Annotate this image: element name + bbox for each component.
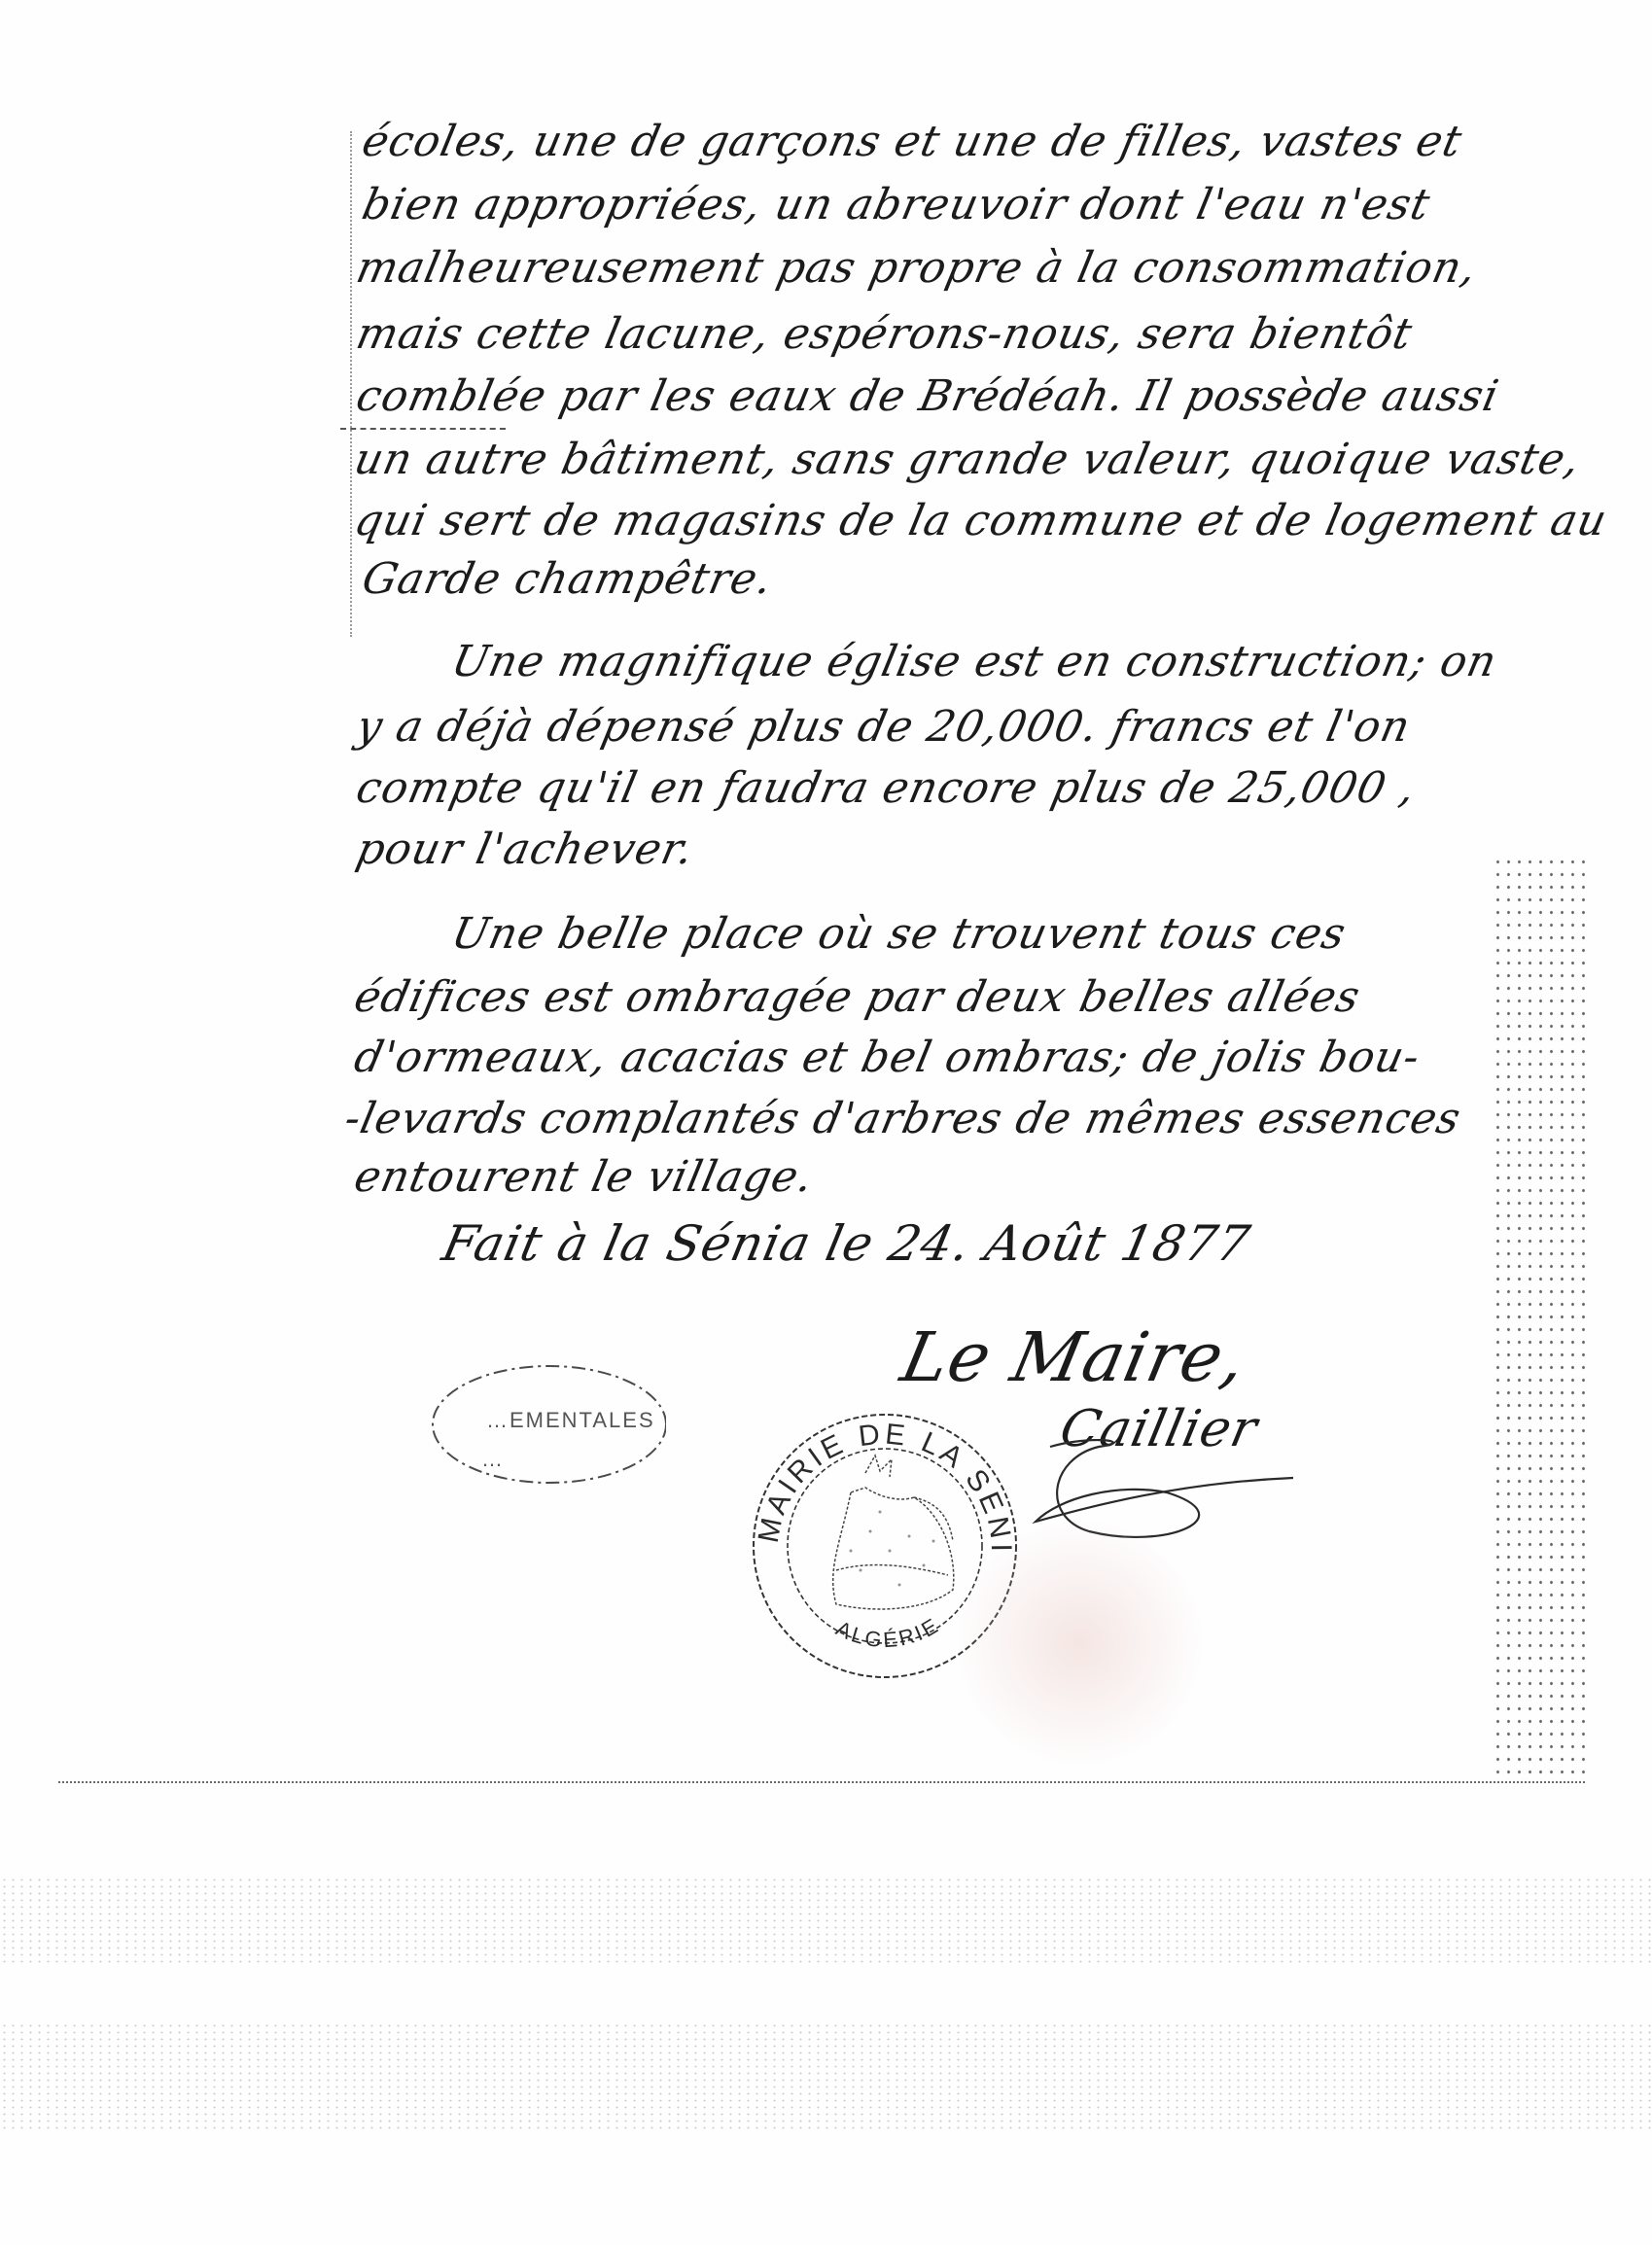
seal-bottom-text: ALGÉRIE bbox=[832, 1612, 944, 1652]
left-margin-rule bbox=[350, 131, 352, 637]
scan-noise-band bbox=[0, 2022, 1652, 2129]
text-line: un autre bâtiment, sans grande valeur, q… bbox=[350, 435, 1585, 484]
text-line: compte qu'il en faudra encore plus de 25… bbox=[352, 763, 1421, 813]
text-line: entourent le village. bbox=[350, 1152, 818, 1202]
text-line: malheureusement pas propre à la consomma… bbox=[352, 243, 1482, 293]
text-line: y a déjà dépensé plus de 20,000. francs … bbox=[352, 702, 1415, 752]
text-line: écoles, une de garçons et une de filles,… bbox=[358, 117, 1466, 166]
svg-text:MAIRIE DE LA SENIA: MAIRIE DE LA SENIA bbox=[744, 1405, 1017, 1556]
text-line: d'ormeaux, acacias et bel ombras; de jol… bbox=[350, 1033, 1424, 1082]
text-line: comblée par les eaux de Brédéah. Il poss… bbox=[352, 371, 1503, 421]
scan-smudge bbox=[953, 1517, 1206, 1770]
underline-mark bbox=[340, 428, 506, 430]
scan-dot-artifact bbox=[1493, 856, 1585, 1779]
date-line: Fait à la Sénia le 24. Août 1877 bbox=[438, 1215, 1255, 1272]
scan-edge-line bbox=[58, 1781, 1585, 1783]
text-line: Une magnifique église est en constructio… bbox=[447, 637, 1501, 686]
text-line: -levards complantés d'arbres de mêmes es… bbox=[340, 1094, 1465, 1143]
svg-text:ALGÉRIE: ALGÉRIE bbox=[832, 1612, 944, 1652]
scanned-document-page: écoles, une de garçons et une de filles,… bbox=[0, 0, 1652, 2245]
seal-top-text: MAIRIE DE LA SENIA bbox=[744, 1405, 1017, 1556]
scan-noise-band bbox=[0, 1877, 1652, 1964]
oval-stamp-text-2: … bbox=[481, 1447, 505, 1472]
text-line: qui sert de magasins de la commune et de… bbox=[350, 496, 1612, 545]
text-line: Une belle place où se trouvent tous ces bbox=[447, 909, 1351, 959]
seal-emblem-icon bbox=[833, 1456, 954, 1609]
signatory-title: Le Maire, bbox=[895, 1317, 1254, 1397]
oval-stamp-text: …EMENTALES bbox=[486, 1408, 655, 1433]
text-line: édifices est ombragée par deux belles al… bbox=[350, 972, 1365, 1022]
text-line: Garde champêtre. bbox=[358, 554, 777, 604]
text-line: bien appropriées, un abreuvoir dont l'ea… bbox=[358, 180, 1435, 229]
text-line: mais cette lacune, espérons-nous, sera b… bbox=[352, 309, 1417, 359]
text-line: pour l'achever. bbox=[352, 824, 698, 874]
